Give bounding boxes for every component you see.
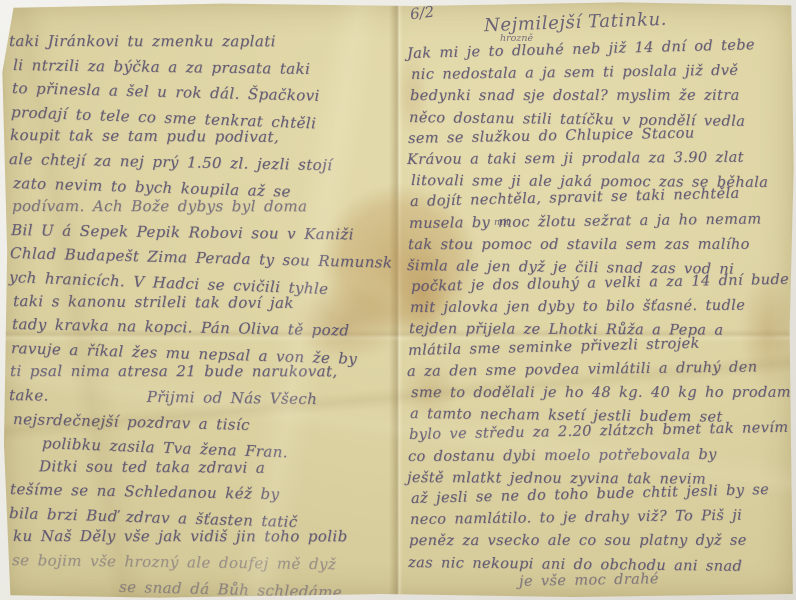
handwriting-line: take. Přijmi od Nás Všech (9, 384, 394, 413)
handwriting-line: bedynki snad sje dostal? myslim že zitra (410, 86, 792, 108)
letter-page-right: 6/2 Nejmilejší Tatinku. hrozně mit Jak m… (398, 0, 796, 600)
handwriting-line: tak stou pomoc od stavila sem zas malího (408, 234, 792, 256)
handwriting-line: podívam. Ach Bože dybys byl doma (12, 195, 394, 219)
handwriting-line: nic nedostala a ja sem ti poslala již dv… (411, 60, 792, 86)
handwriting-line: ti psal nima atresa 21 bude narukovat, (10, 360, 394, 384)
right-page-text: Jak mi je to dlouhé neb již 14 dní od te… (408, 44, 792, 595)
handwriting-line: mit jalovka jen dyby to bilo šťasné. tud… (410, 296, 792, 320)
handwriting-line: musela by moc žlotu sežrat a ja ho nemam (409, 208, 792, 234)
handwriting-line: taki Jiránkovi tu zmenku zaplati (9, 30, 394, 54)
handwriting-line: Ditki sou ted taka zdravi a (11, 455, 394, 481)
left-page-text: taki Jiránkovi tu zmenku zaplatili ntrzi… (10, 30, 394, 596)
handwriting-line: koupit tak se tam pudu podivat, (10, 124, 394, 150)
handwriting-line: co dostanu dybi moelo potřebovala by (408, 444, 792, 468)
handwriting-line: a za den sme povdea vimlátili a druhý de… (407, 357, 792, 383)
handwriting-line: se bojim vše hrozný ale doufej mě dyž (12, 549, 394, 578)
handwriting-line: ku Naš Děly vše jak vidiš jin toho polib (13, 525, 394, 549)
handwriting-line: Krávou a taki sem ji prodala za 3.90 zla… (407, 147, 792, 171)
handwriting-line: peněz za vsecko ale co sou platny dyž se (409, 531, 792, 553)
handwriting-line: neco namlátilo. to je drahy viž? To Piš … (410, 505, 792, 531)
letter-page-left: taki Jiránkovi tu zmenku zaplatili ntrzi… (0, 0, 398, 600)
scanned-letter: taki Jiránkovi tu zmenku zaplatili ntrzi… (0, 0, 796, 600)
handwriting-line: taki s kanonu strileli tak doví jak (13, 290, 394, 316)
handwriting-line: sme to dodělali je ho 48 kg. 40 kg ho pr… (411, 383, 792, 405)
page-number: 6/2 (409, 3, 435, 24)
letter-paper: taki Jiránkovi tu zmenku zaplatili ntrzi… (0, 0, 796, 600)
